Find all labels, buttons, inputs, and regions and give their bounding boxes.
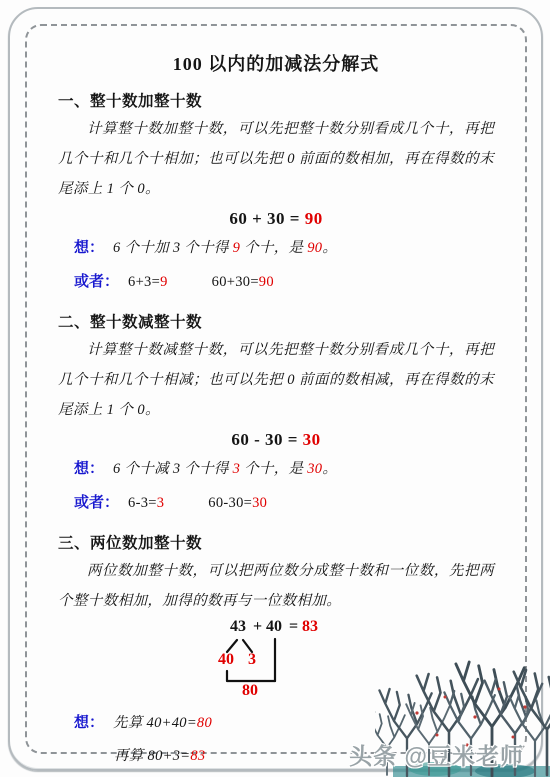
section-2-or-line: 或者： 6-3=3 60-30=30 <box>74 488 494 518</box>
text-segment: 9 <box>160 274 168 290</box>
section-1-think-line: 想： 6 个十加 3 个十得 9 个十，是 90。 <box>74 233 494 263</box>
text-segment: 60 + 30 = <box>229 209 304 228</box>
or-equation-2: 60-30=30 <box>208 489 267 518</box>
diagram-partial-sum: 80 <box>242 682 258 700</box>
think-label: 想： <box>74 708 104 737</box>
text-segment: 先算 40+40= <box>113 715 197 731</box>
think-label: 想： <box>74 233 104 262</box>
think-step-1: 先算 40+40=80 <box>113 709 212 738</box>
section-1-or-line: 或者： 6+3=9 60+30=90 <box>74 267 494 297</box>
diagram-addend1: 43 <box>230 618 246 636</box>
text-segment: 90 <box>305 209 323 228</box>
text-segment: 个十，是 <box>240 240 307 256</box>
section-tens-minus-tens: 二、整十数减整十数 计算整十数减整十数，可以先把整十数分别看成几个十，再把几个十… <box>58 310 494 518</box>
text-segment: 6 个十减 3 个十得 <box>113 461 233 477</box>
think-step-2: 再算 80+3=83 <box>114 742 205 771</box>
text-segment: 。 <box>322 461 337 477</box>
section-3-heading: 三、两位数加整十数 <box>58 531 494 553</box>
or-label: 或者： <box>74 267 119 296</box>
text-segment: 6 个十加 3 个十得 <box>113 240 233 256</box>
section-tens-plus-tens: 一、整十数加整十数 计算整十数加整十数，可以先把整十数分别看成几个十，再把几个十… <box>58 89 494 297</box>
or-equation-2: 60+30=90 <box>212 268 274 297</box>
text-segment: 再算 80+3= <box>114 748 190 764</box>
text-segment: 90 <box>259 274 274 290</box>
text-segment: 30 <box>307 461 322 477</box>
page-title: 100 以内的加减法分解式 <box>58 50 494 76</box>
section-2-think-line: 想： 6 个十减 3 个十得 3 个十，是 30。 <box>74 454 494 484</box>
text-segment: 60+30= <box>212 274 259 290</box>
think-text: 6 个十加 3 个十得 9 个十，是 90。 <box>113 234 337 263</box>
think-label: 想： <box>74 454 104 483</box>
text-segment: 6+3= <box>128 274 160 290</box>
or-equation-1: 6+3=9 <box>128 268 168 297</box>
section-1-heading: 一、整十数加整十数 <box>58 89 494 111</box>
section-1-equation: 60 + 30 = 90 <box>58 209 494 229</box>
equals-sign: = <box>289 618 298 636</box>
text-segment: 3 <box>157 495 165 511</box>
watermark-text: 头条 @豆米老师 <box>349 738 524 771</box>
diagram-addend2: 40 <box>266 618 282 636</box>
section-2-paragraph: 计算整十数减整十数，可以先把整十数分别看成几个十，再把几个十和几个十相减；也可以… <box>58 335 494 425</box>
section-2-heading: 二、整十数减整十数 <box>58 310 494 332</box>
text-segment: 80 <box>197 715 212 731</box>
text-segment: 30 <box>303 430 321 449</box>
text-segment: 。 <box>322 240 337 256</box>
text-segment: 60 - 30 = <box>231 430 302 449</box>
text-segment: 6-3= <box>128 495 157 511</box>
text-segment: 90 <box>307 240 322 256</box>
number-decomposition-diagram: 43 + 40 = 83 40 3 80 <box>216 620 336 704</box>
or-label: 或者： <box>74 488 119 517</box>
text-segment: 60-30= <box>208 495 252 511</box>
section-1-paragraph: 计算整十数加整十数，可以先把整十数分别看成几个十，再把几个十和几个十相加；也可以… <box>58 114 494 204</box>
section-3-paragraph: 两位数加整十数，可以把两位数分成整十数和一位数，先把两个整十数相加，加得的数再与… <box>58 556 494 616</box>
diagram-split-ones: 3 <box>248 651 256 669</box>
plus-sign: + <box>253 618 262 636</box>
diagram-result: 83 <box>302 618 318 636</box>
text-segment: 83 <box>190 748 205 764</box>
section-2-equation: 60 - 30 = 30 <box>58 430 494 450</box>
diagram-split-tens: 40 <box>218 651 234 669</box>
or-equation-1: 6-3=3 <box>128 489 164 518</box>
text-segment: 个十，是 <box>240 461 307 477</box>
text-segment: 30 <box>252 495 267 511</box>
think-text: 6 个十减 3 个十得 3 个十，是 30。 <box>113 455 337 484</box>
